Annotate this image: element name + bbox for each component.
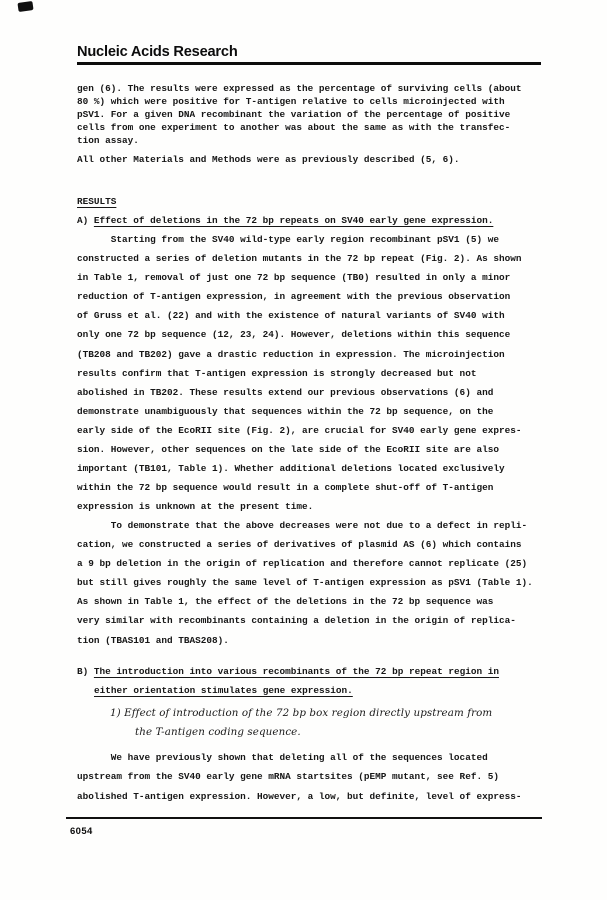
methods-note: All other Materials and Methods were as … [77, 153, 460, 166]
results-heading: RESULTS [77, 192, 116, 211]
section-a-prefix: A) [77, 215, 94, 226]
section-a-heading: A) Effect of deletions in the 72 bp repe… [77, 211, 493, 230]
footer-rule [66, 817, 542, 819]
section-b-title-line-1: The introduction into various recombinan… [94, 666, 499, 677]
journal-title: Nucleic Acids Research [77, 44, 238, 60]
subsection-1-heading: 1) Effect of introduction of the 72 bp b… [110, 704, 585, 741]
journal-page: Nucleic Acids Research gen (6). The resu… [0, 0, 607, 900]
results-heading-text: RESULTS [77, 196, 116, 207]
section-a-paragraph-1: Starting from the SV40 wild-type early r… [77, 230, 521, 516]
header-rule [77, 62, 541, 65]
section-b-heading: B) The introduction into various recombi… [77, 662, 499, 700]
methods-paragraph: gen (6). The results were expressed as t… [77, 82, 521, 147]
scan-artifact-mark [17, 1, 33, 12]
section-b-paragraph-1: We have previously shown that deleting a… [77, 748, 521, 806]
section-b-prefix: B) [77, 666, 94, 677]
section-b-title-line-2: either orientation stimulates gene expre… [94, 685, 353, 696]
section-a-paragraph-2: To demonstrate that the above decreases … [77, 516, 533, 650]
page-number: 6054 [70, 826, 93, 837]
section-a-title: Effect of deletions in the 72 bp repeats… [94, 215, 493, 226]
